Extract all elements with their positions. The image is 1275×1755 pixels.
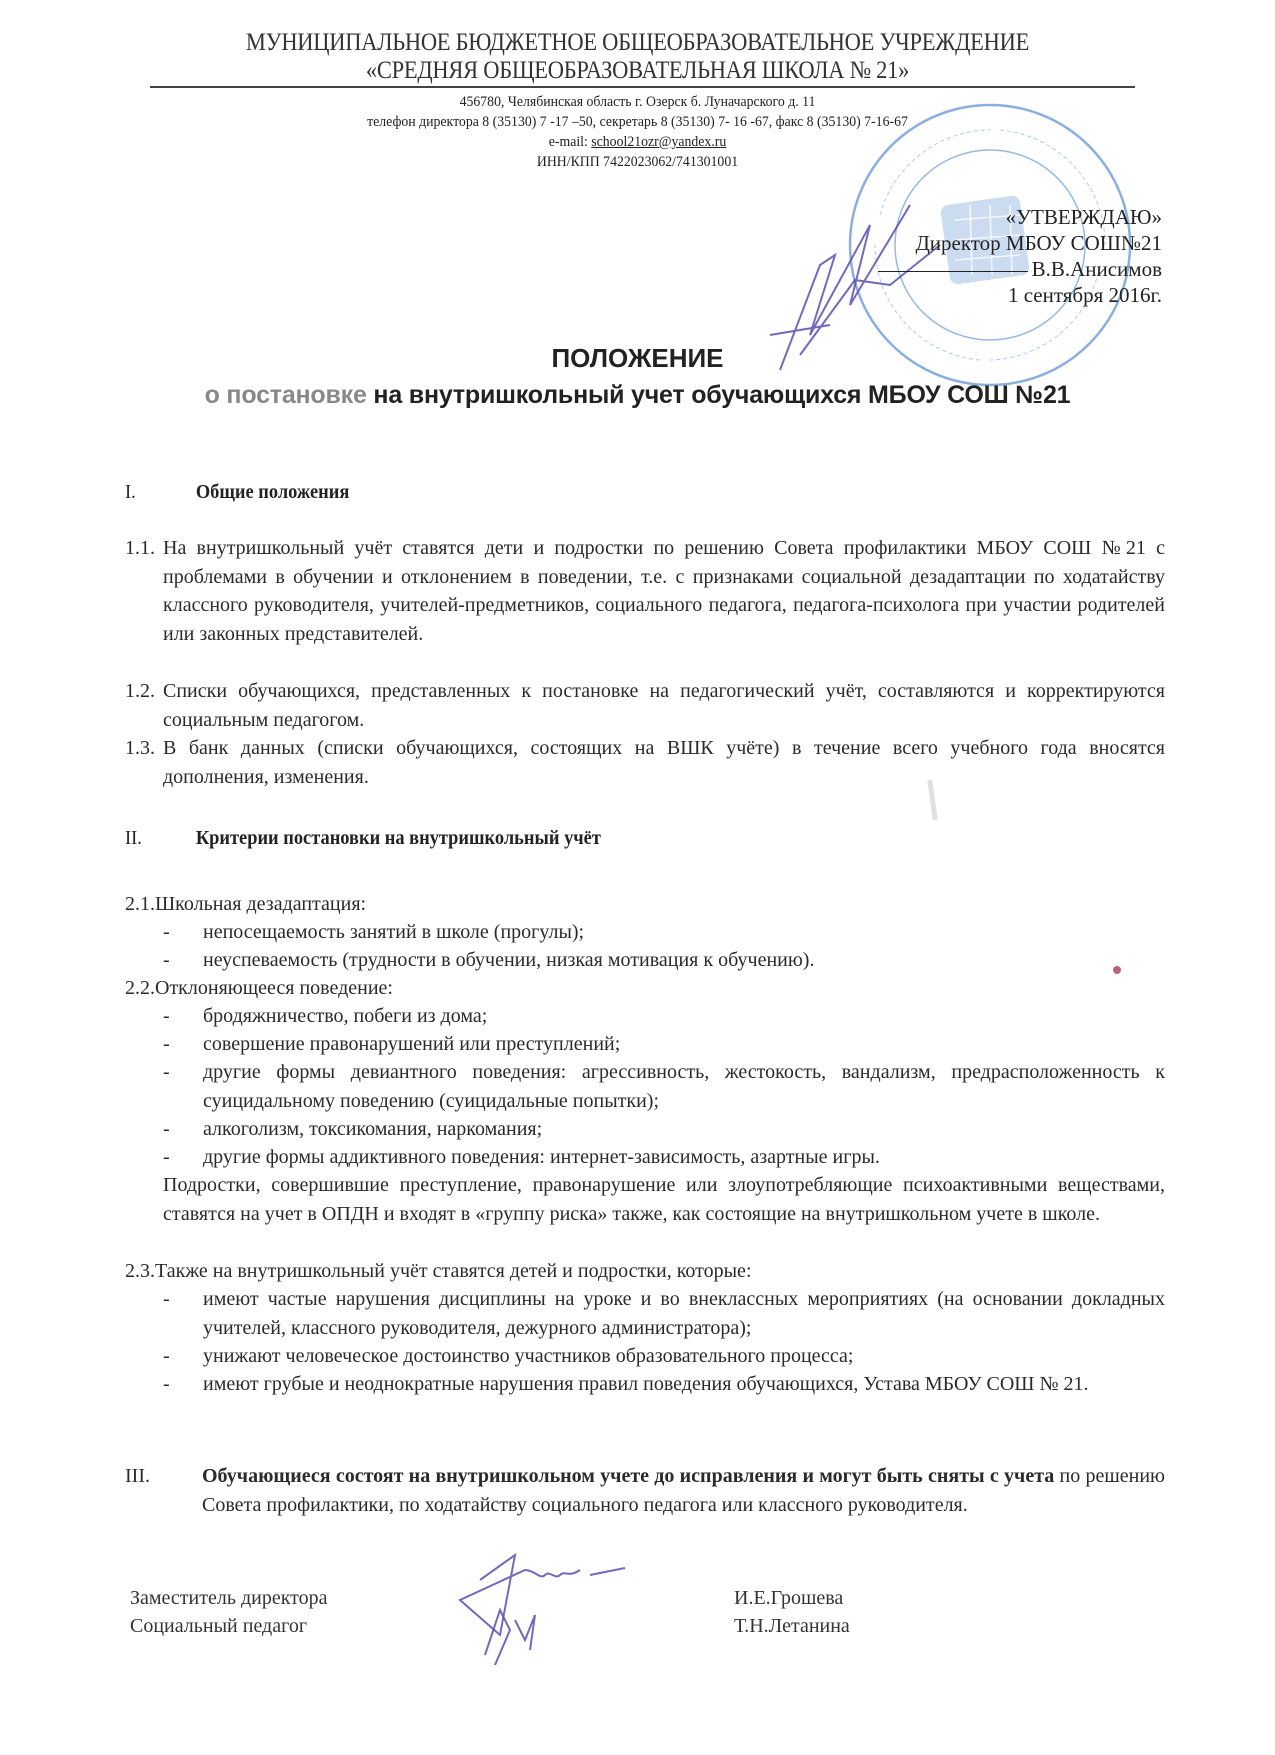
dash-icon: - — [163, 1058, 170, 1087]
bullet-text: имеют грубые и неоднократные нарушения п… — [203, 1370, 1165, 1399]
section-number: II. — [125, 826, 196, 850]
bullet-text: бродяжничество, побеги из дома; — [203, 1002, 1165, 1031]
note-2-2: Подростки, совершившие преступление, пра… — [163, 1171, 1165, 1228]
item-1-3: 1.3. В банк данных (списки обучающихся, … — [125, 734, 1165, 791]
item-text: Списки обучающихся, представленных к пос… — [163, 677, 1165, 734]
org-inn: ИНН/КПП 7422023062/741301001 — [51, 153, 1224, 171]
org-name-line1: МУНИЦИПАЛЬНОЕ БЮДЖЕТНОЕ ОБЩЕОБРАЗОВАТЕЛЬ… — [64, 28, 1212, 58]
bullet-2-2-2: - совершение правонарушений или преступл… — [163, 1030, 1165, 1059]
subtitle-faded-part: о постановке — [205, 381, 367, 409]
item-number: 2.3. — [125, 1260, 155, 1282]
org-email-line: e-mail: school21ozr@yandex.ru — [51, 133, 1224, 151]
signature-line — [878, 269, 1028, 272]
dash-icon: - — [163, 1030, 170, 1059]
bullet-2-2-5: - другие формы аддиктивного поведения: и… — [163, 1143, 1165, 1172]
item-number: 2.2. — [125, 977, 155, 999]
item-text: Отклоняющееся поведение: — [155, 977, 393, 999]
item-1-2: 1.2. Списки обучающихся, представленных … — [125, 677, 1165, 734]
section-title: Общие положения — [196, 481, 349, 503]
dash-icon: - — [163, 1342, 170, 1371]
ink-spot — [1113, 966, 1121, 974]
org-name-line2: «СРЕДНЯЯ ОБЩЕОБРАЗОВАТЕЛЬНАЯ ШКОЛА № 21» — [64, 56, 1212, 86]
section-2-heading: II.Критерии постановки на внутришкольный… — [125, 826, 601, 850]
subtitle-rest: на внутришкольный учет обучающихся МБОУ … — [367, 381, 1071, 409]
document-subtitle: о постановке на внутришкольный учет обуч… — [0, 381, 1275, 410]
email-label: e-mail: — [549, 134, 592, 150]
approval-heading: «УТВЕРЖДАЮ» — [1006, 205, 1162, 230]
dash-icon: - — [163, 1115, 170, 1144]
section-3-text: Обучающиеся состоят на внутришкольном уч… — [202, 1462, 1165, 1519]
item-text: В банк данных (списки обучающихся, состо… — [163, 734, 1165, 791]
item-1-1: 1.1. На внутришкольный учёт ставятся дет… — [125, 534, 1165, 648]
bullet-text: имеют частые нарушения дисциплины на уро… — [203, 1285, 1165, 1342]
signer-1-role: Заместитель директора — [130, 1584, 328, 1612]
approval-name: В.В.Анисимов — [1032, 257, 1162, 281]
item-text: Школьная дезадаптация: — [155, 893, 366, 915]
item-2-3: 2.3.Также на внутришкольный учёт ставятс… — [125, 1257, 1165, 1286]
approval-date: 1 сентября 2016г. — [1008, 283, 1162, 308]
bullet-2-3-1: - имеют частые нарушения дисциплины на у… — [163, 1285, 1165, 1342]
bullet-2-2-1: - бродяжничество, побеги из дома; — [163, 1002, 1165, 1031]
bullet-text: другие формы аддиктивного поведения: инт… — [203, 1143, 1165, 1172]
section-title: Критерии постановки на внутришкольный уч… — [196, 827, 601, 849]
bullet-text: другие формы девиантного поведения: агре… — [203, 1058, 1165, 1115]
item-text: Также на внутришкольный учёт ставятся де… — [155, 1260, 752, 1282]
section-1-heading: I.Общие положения — [125, 480, 349, 504]
document-title: ПОЛОЖЕНИЕ — [0, 343, 1275, 374]
deputy-signature-icon — [440, 1540, 640, 1670]
dash-icon: - — [163, 1143, 170, 1172]
dash-icon: - — [163, 1285, 170, 1314]
section-number: I. — [125, 480, 196, 504]
signer-2-name: Т.Н.Летанина — [734, 1612, 850, 1640]
signer-2-role: Социальный педагог — [130, 1612, 307, 1640]
approval-position: Директор МБОУ СОШ№21 — [915, 231, 1162, 256]
email-link[interactable]: school21ozr@yandex.ru — [591, 134, 726, 150]
dash-icon: - — [163, 1002, 170, 1031]
section-number: III. — [125, 1462, 150, 1491]
item-number: 1.1. — [125, 534, 155, 563]
bullet-2-2-3: - другие формы девиантного поведения: аг… — [163, 1058, 1165, 1115]
section-3: III. Обучающиеся состоят на внутришкольн… — [125, 1462, 1165, 1519]
approval-name-line: В.В.Анисимов — [878, 257, 1162, 282]
bullet-text: алкоголизм, токсикомания, наркомания; — [203, 1115, 1165, 1144]
org-address: 456780, Челябинская область г. Озерск б.… — [51, 93, 1224, 111]
item-text: На внутришкольный учёт ставятся дети и п… — [163, 534, 1165, 648]
bullet-2-1-1: - непосещаемость занятий в школе (прогул… — [163, 918, 1165, 947]
org-phones: телефон директора 8 (35130) 7 -17 –50, с… — [51, 113, 1224, 131]
bullet-text: неуспеваемость (трудности в обучении, ни… — [203, 946, 1165, 975]
bullet-2-1-2: - неуспеваемость (трудности в обучении, … — [163, 946, 1165, 975]
dash-icon: - — [163, 918, 170, 947]
item-number: 2.1. — [125, 893, 155, 915]
header-divider — [150, 86, 1135, 88]
dash-icon: - — [163, 1370, 170, 1399]
bullet-text: унижают человеческое достоинство участни… — [203, 1342, 1165, 1371]
dash-icon: - — [163, 946, 170, 975]
item-2-2: 2.2.Отклоняющееся поведение: — [125, 974, 1165, 1003]
bullet-text: совершение правонарушений или преступлен… — [203, 1030, 1165, 1059]
bullet-2-2-4: - алкоголизм, токсикомания, наркомания; — [163, 1115, 1165, 1144]
signer-1-name: И.Е.Грошева — [734, 1584, 843, 1612]
item-2-1: 2.1.Школьная дезадаптация: — [125, 890, 1165, 919]
bullet-text: непосещаемость занятий в школе (прогулы)… — [203, 918, 1165, 947]
bullet-2-3-3: - имеют грубые и неоднократные нарушения… — [163, 1370, 1165, 1399]
bullet-2-3-2: - унижают человеческое достоинство участ… — [163, 1342, 1165, 1371]
section-3-bold: Обучающиеся состоят на внутришкольном уч… — [202, 1465, 1054, 1487]
item-number: 1.3. — [125, 734, 155, 763]
item-number: 1.2. — [125, 677, 155, 706]
